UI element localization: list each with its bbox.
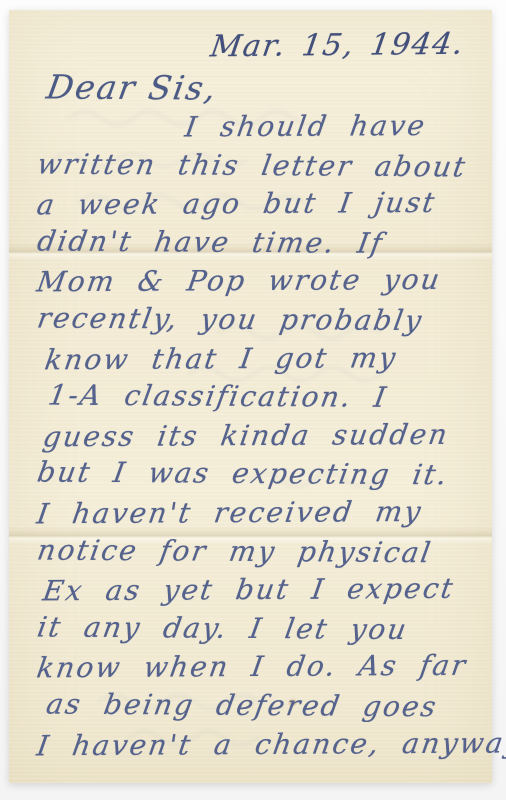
scanned-letter-page: Mar. 15, 1944. Dear Sis, I should have w…: [0, 0, 506, 800]
handwritten-line: know when I do. As far: [34, 649, 485, 690]
letter-date: Mar. 15, 1944.: [208, 27, 466, 65]
handwritten-line: know that I got my: [42, 340, 485, 381]
handwritten-line: I should have: [34, 109, 485, 150]
handwritten-line: Mom & Pop wrote you: [34, 263, 485, 304]
letter-body: I should have written this letter about …: [37, 110, 482, 766]
handwritten-line: 1-A classification. I: [45, 379, 485, 421]
handwritten-line: guess its kinda sudden: [40, 417, 485, 458]
handwritten-line: didn't have time. If: [34, 224, 485, 266]
letter-salutation: Dear Sis,: [44, 67, 221, 107]
handwritten-line: Ex as yet but I expect: [40, 572, 485, 613]
handwritten-line: I haven't received my: [34, 495, 485, 536]
handwritten-line: recently, you probably: [34, 301, 485, 343]
handwritten-line: written this letter about: [34, 147, 485, 189]
handwritten-line: I haven't a chance, anyway: [34, 726, 485, 767]
handwritten-line: but I was expecting it.: [34, 456, 485, 498]
handwritten-line: a week ago but I just: [34, 186, 485, 227]
handwritten-line: as being defered goes: [43, 687, 485, 729]
letter-paper: Mar. 15, 1944. Dear Sis, I should have w…: [9, 10, 492, 783]
handwritten-line: it any day. I let you: [34, 610, 485, 652]
handwritten-line: notice for my physical: [34, 533, 485, 575]
